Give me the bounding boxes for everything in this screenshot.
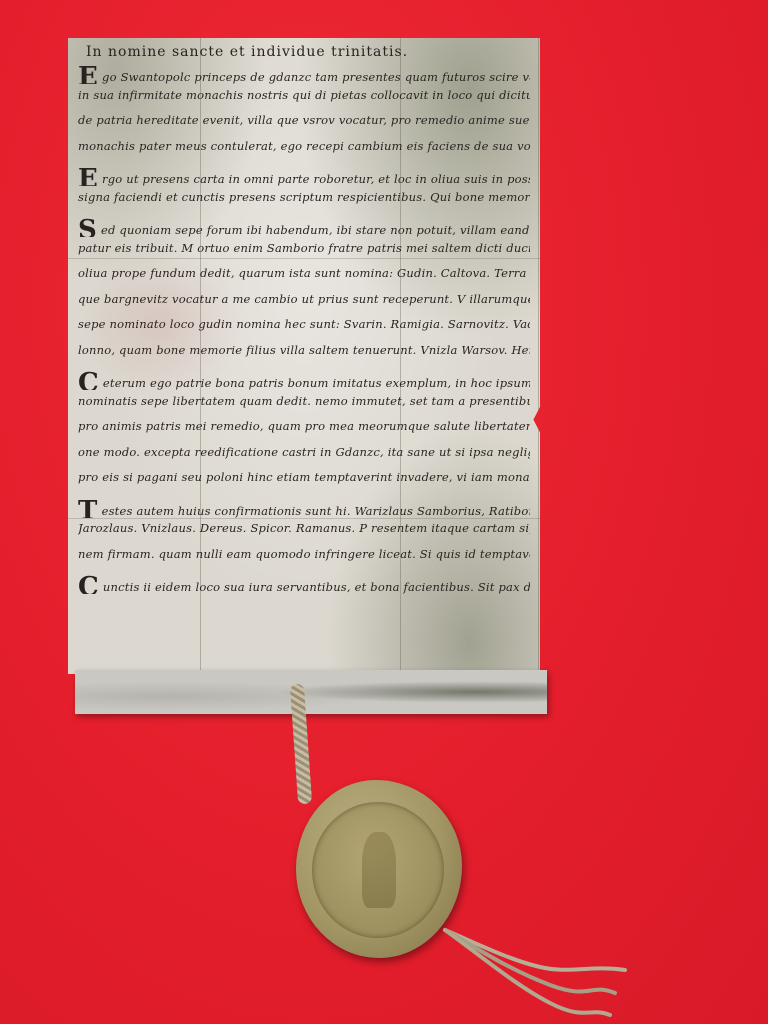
line-text: go Swantopolc princeps de gdanzc tam pre… (102, 70, 530, 84)
line-text: de patria hereditate evenit, villa que v… (78, 113, 530, 127)
charter-line: nominatis sepe libertatem quam dedit. ne… (78, 394, 530, 416)
charter-line: Ergo ut presens carta in omni parte robo… (78, 164, 530, 186)
charter-line: signa faciendi et cunctis presens script… (78, 190, 530, 212)
line-text: monachis pater meus contulerat, ego rece… (78, 139, 530, 153)
charter-line: pro animis patris mei remedio, quam pro … (78, 419, 530, 441)
line-text: pro eis si pagani seu poloni hinc etiam … (78, 470, 530, 484)
fold-line (68, 518, 540, 519)
decorated-initial: C (78, 572, 99, 594)
line-text: estes autem huius confirmationis sunt hi… (102, 504, 530, 518)
line-text: eterum ego patrie bona patris bonum imit… (103, 376, 530, 390)
line-text: sepe nominato loco gudin nomina hec sunt… (78, 317, 530, 331)
charter-line: nem firmam. quam nulli eam quomodo infri… (78, 547, 530, 569)
wax-seal (296, 780, 462, 958)
charter-line: oliua prope fundum dedit, quarum ista su… (78, 266, 530, 288)
charter-line: patur eis tribuit. M ortuo enim Samborio… (78, 241, 530, 263)
decorated-initial: E (78, 164, 98, 186)
fold-line (538, 38, 539, 674)
seal-impression (312, 802, 444, 938)
line-text: one modo. excepta reedificatione castri … (78, 445, 530, 459)
charter-line: Jarozlaus. Vnizlaus. Dereus. Spicor. Ram… (78, 521, 530, 543)
line-text: patur eis tribuit. M ortuo enim Samborio… (78, 241, 530, 255)
decorated-initial: E (78, 62, 98, 84)
parchment-charter: In nomine sancte et individue trinitatis… (68, 38, 540, 674)
line-text: rgo ut presens carta in omni parte robor… (102, 172, 530, 186)
charter-line: pro eis si pagani seu poloni hinc etiam … (78, 470, 530, 492)
line-text: lonno, quam bone memorie filius villa sa… (78, 343, 530, 357)
line-text: pro animis patris mei remedio, quam pro … (78, 419, 530, 433)
charter-line: que bargnevitz vocatur a me cambio ut pr… (78, 292, 530, 314)
line-text: que bargnevitz vocatur a me cambio ut pr… (78, 292, 530, 306)
charter-line: de patria hereditate evenit, villa que v… (78, 113, 530, 135)
line-text: ed quoniam sepe forum ibi habendum, ibi … (101, 223, 530, 237)
cord-strands (440, 925, 630, 1024)
line-text: in sua infirmitate monachis nostris qui … (78, 88, 530, 102)
decorated-initial: T (78, 496, 98, 518)
charter-line: monachis pater meus contulerat, ego rece… (78, 139, 530, 161)
line-text: signa faciendi et cunctis presens script… (78, 190, 530, 204)
line-text: oliua prope fundum dedit, quarum ista su… (78, 266, 530, 280)
line-text: unctis ii eidem loco sua iura servantibu… (103, 580, 530, 594)
charter-line: lonno, quam bone memorie filius villa sa… (78, 343, 530, 365)
charter-line: Testes autem huius confirmationis sunt h… (78, 496, 530, 518)
charter-line: Cunctis ii eidem loco sua iura servantib… (78, 572, 530, 594)
charter-line: one modo. excepta reedificatione castri … (78, 445, 530, 467)
decorated-initial: C (78, 368, 99, 390)
line-text: nominatis sepe libertatem quam dedit. ne… (78, 394, 530, 408)
charter-line: Sed quoniam sepe forum ibi habendum, ibi… (78, 215, 530, 237)
decorated-initial: S (78, 215, 97, 237)
charter-line: Ego Swantopolc princeps de gdanzc tam pr… (78, 62, 530, 84)
charter-line: in sua infirmitate monachis nostris qui … (78, 88, 530, 110)
line-text: Jarozlaus. Vnizlaus. Dereus. Spicor. Ram… (78, 521, 530, 535)
plica-fold (75, 670, 547, 714)
charter-line: Ceterum ego patrie bona patris bonum imi… (78, 368, 530, 390)
seal-figure-icon (362, 832, 396, 908)
charter-line: sepe nominato loco gudin nomina hec sunt… (78, 317, 530, 339)
line-text: nem firmam. quam nulli eam quomodo infri… (78, 547, 530, 561)
